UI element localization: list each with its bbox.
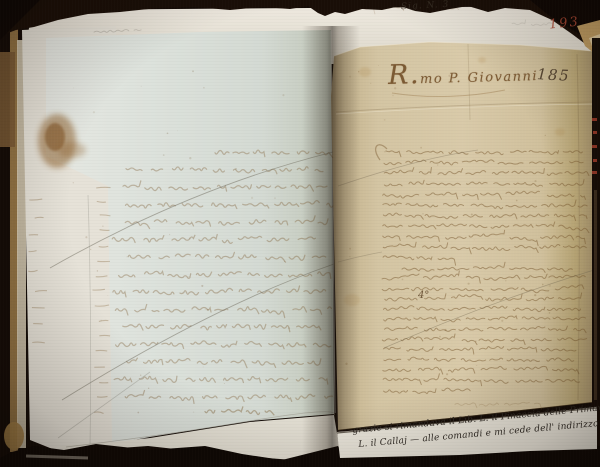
bleed-mark (96, 187, 110, 188)
paper-speck (384, 119, 386, 121)
paper-speck (189, 157, 191, 159)
paper-speck (207, 309, 209, 311)
paper-speck (414, 339, 415, 340)
manuscript-photo: Sig. N. 3 193 R.mo P. Giovanni 185 4° gr… (0, 0, 600, 467)
paper-speck (126, 256, 127, 257)
foxing-spot (478, 57, 486, 63)
paper-speck (284, 261, 285, 262)
paper-speck (235, 168, 237, 170)
paper-speck (140, 375, 141, 376)
paper-speck (474, 240, 475, 241)
paper-speck (205, 309, 206, 310)
paper-speck (422, 213, 423, 214)
right-fore-edge (592, 38, 600, 467)
paper-speck (468, 283, 470, 285)
paper-speck (203, 87, 205, 89)
paper-speck (516, 200, 518, 202)
bleed-mark (96, 350, 108, 351)
paper-speck (148, 388, 149, 389)
red-edge-mark (592, 145, 597, 148)
paper-speck (141, 86, 142, 87)
paper-speck (188, 276, 189, 277)
paper-speck (384, 151, 385, 152)
paper-speck (471, 214, 473, 216)
paper-speck (163, 154, 165, 156)
paper-speck (448, 75, 450, 77)
paper-speck (201, 285, 203, 287)
paper-speck (107, 295, 108, 296)
right-edge-pages (594, 190, 597, 400)
paper-speck (439, 336, 441, 338)
gutter-shadow (302, 26, 360, 454)
paper-speck (394, 87, 396, 89)
paper-speck (177, 130, 178, 131)
paper-speck (101, 320, 102, 321)
paper-speck (93, 111, 95, 113)
paper-speck (137, 412, 139, 414)
paper-speck (73, 87, 74, 88)
red-edge-mark (593, 159, 597, 162)
paper-speck (90, 249, 91, 250)
book-page-edges (0, 26, 26, 452)
foxing-spot (359, 67, 371, 77)
paper-speck (102, 225, 103, 226)
paper-speck (437, 164, 439, 166)
paper-speck (549, 312, 550, 313)
paper-speck (189, 238, 190, 239)
paper-speck (378, 65, 379, 66)
paper-speck (169, 234, 170, 235)
red-edge-mark (593, 131, 597, 134)
paper-speck (386, 172, 387, 173)
paper-speck (192, 70, 194, 72)
paper-speck (446, 373, 448, 375)
corner-light-sliver (26, 456, 88, 458)
paper-speck (85, 236, 87, 238)
paper-speck (203, 366, 204, 367)
paper-speck (505, 280, 506, 281)
corner-tan-blob (4, 422, 24, 450)
ink-stain-halo (58, 142, 86, 158)
fore-edge-block (0, 52, 15, 147)
paper-speck (73, 182, 74, 183)
red-edge-mark (592, 171, 597, 174)
paper-speck (444, 329, 446, 331)
paper-speck (420, 147, 422, 149)
paper-speck (251, 197, 253, 199)
red-edge-mark (592, 118, 597, 121)
paper-speck (167, 132, 169, 134)
paper-speck (282, 94, 284, 96)
paper-speck (534, 294, 536, 296)
gutter-shadow-band (302, 26, 360, 454)
paper-speck (193, 411, 194, 412)
paper-speck (501, 320, 503, 322)
paper-speck (475, 340, 477, 342)
paper-speck (542, 284, 544, 286)
foxing-spot (555, 128, 565, 136)
paper-speck (97, 270, 98, 271)
paper-speck (274, 197, 276, 199)
manuscript-scene (0, 0, 600, 467)
paper-speck (534, 180, 536, 182)
paper-speck (224, 383, 225, 384)
paper-speck (370, 83, 371, 84)
paper-speck (392, 95, 393, 96)
paper-speck (402, 279, 404, 281)
paper-speck (288, 327, 290, 329)
paper-speck (545, 135, 546, 136)
paper-speck (476, 365, 477, 366)
